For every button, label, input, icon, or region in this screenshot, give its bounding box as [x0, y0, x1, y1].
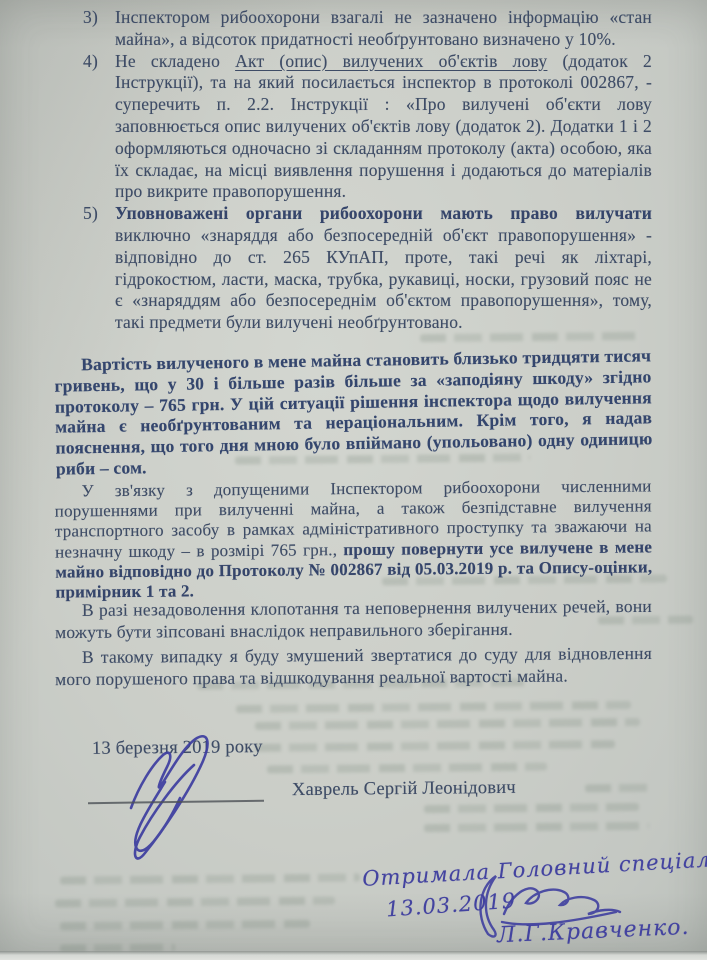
handwritten-signature: [95, 720, 265, 865]
bleedthrough-line: [424, 822, 649, 832]
item-text-lead: Не складено: [115, 51, 235, 71]
bleedthrough-line: [255, 718, 640, 730]
bleedthrough-line: [60, 873, 360, 884]
item-number: 3): [83, 7, 98, 29]
bleedthrough-line: [585, 784, 655, 793]
paragraph-return-request: У зв'язку з допущеними Інспектором рибоо…: [54, 476, 652, 602]
bleedthrough-line: [236, 701, 631, 713]
bleedthrough-line: [255, 740, 615, 752]
bleedthrough-line: [55, 897, 335, 908]
item-number: 5): [83, 203, 98, 225]
bleedthrough-line: [267, 763, 547, 774]
underlined-phrase: Акт (опис) вилучених об'єктів лову: [235, 51, 547, 71]
item-text: Не складено Акт (опис) вилучених об'єкті…: [115, 51, 652, 202]
list-item-3: 3) Інспектором рибоохорони взагалі не за…: [55, 7, 652, 51]
list-item-4: 4) Не складено Акт (опис) вилучених об'є…: [55, 51, 652, 204]
bold-phrase: Уповноважені органи рибоохорони мають пр…: [115, 203, 652, 223]
paragraph-property-value: Вартість вилученого в мене майна станови…: [54, 345, 653, 479]
scanned-document-page: 3) Інспектором рибоохорони взагалі не за…: [0, 0, 707, 960]
item-text-rest: (додаток 2 Інструкції), та на який посил…: [115, 51, 652, 202]
numbered-items-list: 3) Інспектором рибоохорони взагалі не за…: [55, 7, 652, 334]
paragraph-court-warning: В такому випадку я буду змушений звертат…: [55, 642, 652, 691]
item-text: Уповноважені органи рибоохорони мають пр…: [115, 203, 652, 332]
bleedthrough-line: [424, 803, 639, 813]
list-item-5: 5) Уповноважені органи рибоохорони мають…: [55, 203, 652, 334]
paper-bottom-edge: [0, 951, 707, 960]
applicant-name: Хаврель Сергій Леонідович: [292, 778, 516, 801]
paragraph-spoilage-warning: В разі незадоволення клопотання та непов…: [55, 595, 652, 644]
item-text-rest: виключно «знаряддя або безпосередній об'…: [115, 225, 652, 332]
bleedthrough-line: [60, 920, 310, 931]
item-text: Інспектором рибоохорони взагалі не зазна…: [115, 7, 652, 49]
item-number: 4): [83, 51, 98, 73]
